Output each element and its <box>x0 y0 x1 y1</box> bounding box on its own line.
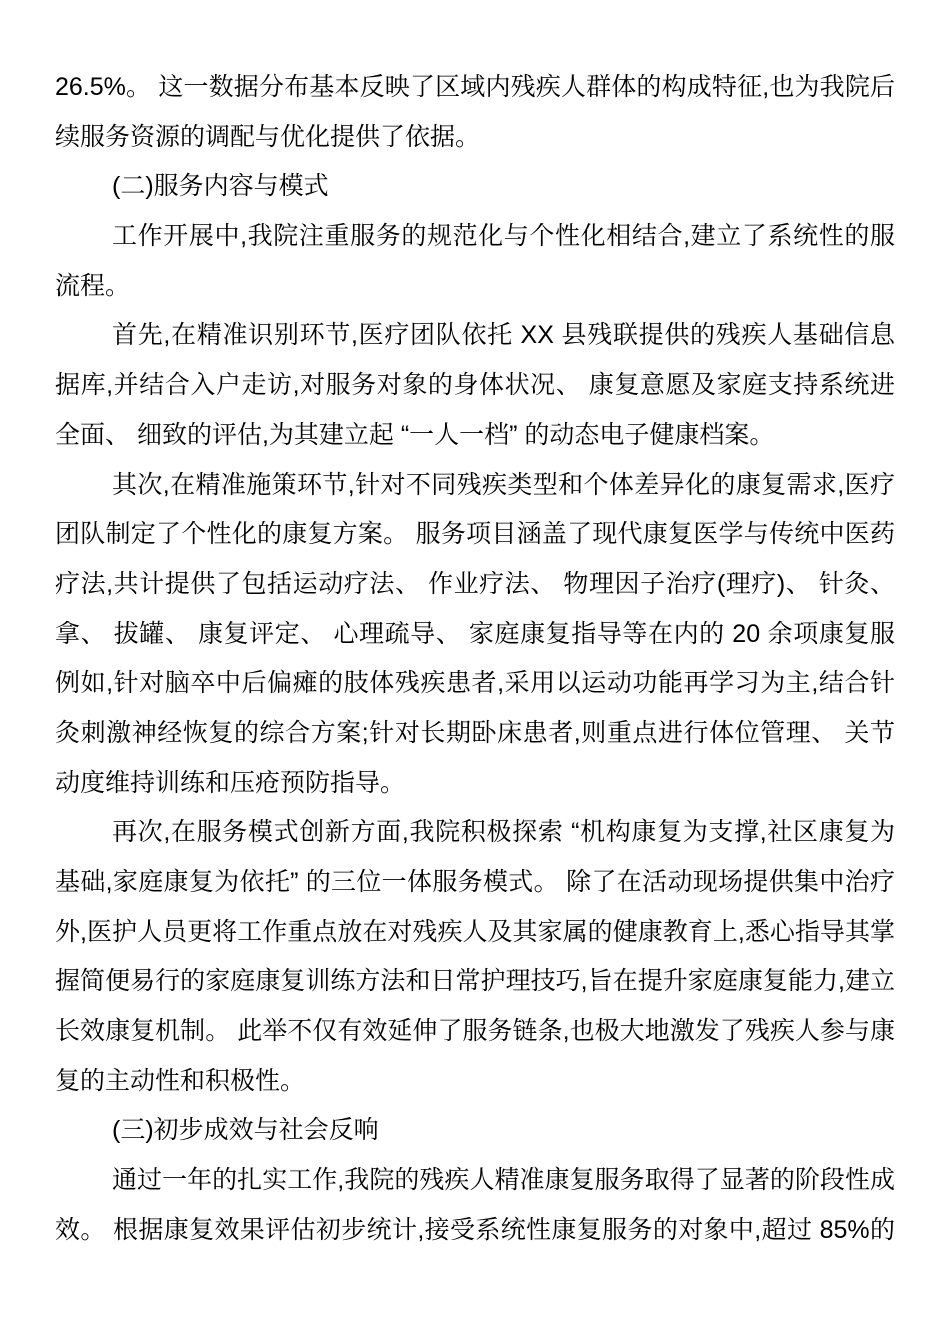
text-line: 灸刺激神经恢复的综合方案;针对长期卧床患者,则重点进行体位管理、 关节活 <box>55 709 895 759</box>
text-line: 外,医护人员更将工作重点放在对残疾人及其家属的健康教育上,悉心指导其掌 <box>55 908 895 958</box>
text-line: 据库,并结合入户走访,对服务对象的身体状况、 康复意愿及家庭支持系统进行 <box>55 361 895 411</box>
text-line: 再次,在服务模式创新方面,我院积极探索 “机构康复为支撑,社区康复为 <box>55 808 895 858</box>
text-line: 其次,在精准施策环节,针对不同残疾类型和个体差异化的康复需求,医疗 <box>55 461 895 511</box>
text-line: 首先,在精准识别环节,医疗团队依托 XX 县残联提供的残疾人基础信息数 <box>55 311 895 361</box>
text-line: 拿、 拔罐、 康复评定、 心理疏导、 家庭康复指导等在内的 20 余项康复服务。 <box>55 610 895 660</box>
text-line: 26.5%。 这一数据分布基本反映了区域内残疾人群体的构成特征,也为我院后 <box>55 63 895 113</box>
text-line: 长效康复机制。 此举不仅有效延伸了服务链条,也极大地激发了残疾人参与康 <box>55 1007 895 1057</box>
section-heading: (二)服务内容与模式 <box>55 162 895 212</box>
document-page: 26.5%。 这一数据分布基本反映了区域内残疾人群体的构成特征,也为我院后 续服… <box>0 0 950 1344</box>
text-line: 基础,家庭康复为依托” 的三位一体服务模式。 除了在活动现场提供集中治疗 <box>55 858 895 908</box>
text-line: 效。 根据康复效果评估初步统计,接受系统性康复服务的对象中,超过 85%的 <box>55 1206 895 1256</box>
text-line: 通过一年的扎实工作,我院的残疾人精准康复服务取得了显著的阶段性成 <box>55 1156 895 1206</box>
text-line: 例如,针对脑卒中后偏瘫的肢体残疾患者,采用以运动功能再学习为主,结合针 <box>55 659 895 709</box>
text-line: 工作开展中,我院注重服务的规范化与个性化相结合,建立了系统性的服务 <box>55 212 895 262</box>
section-heading: (三)初步成效与社会反响 <box>55 1106 895 1156</box>
text-line: 流程。 <box>55 262 895 312</box>
text-line: 复的主动性和积极性。 <box>55 1057 895 1107</box>
text-line: 握简便易行的家庭康复训练方法和日常护理技巧,旨在提升家庭康复能力,建立 <box>55 957 895 1007</box>
text-line: 动度维持训练和压疮预防指导。 <box>55 759 895 809</box>
text-line: 续服务资源的调配与优化提供了依据。 <box>55 113 895 163</box>
text-line: 疗法,共计提供了包括运动疗法、 作业疗法、 物理因子治疗(理疗)、 针灸、 推 <box>55 560 895 610</box>
text-line: 全面、 细致的评估,为其建立起 “一人一档” 的动态电子健康档案。 <box>55 411 895 461</box>
text-line: 团队制定了个性化的康复方案。 服务项目涵盖了现代康复医学与传统中医药 <box>55 510 895 560</box>
